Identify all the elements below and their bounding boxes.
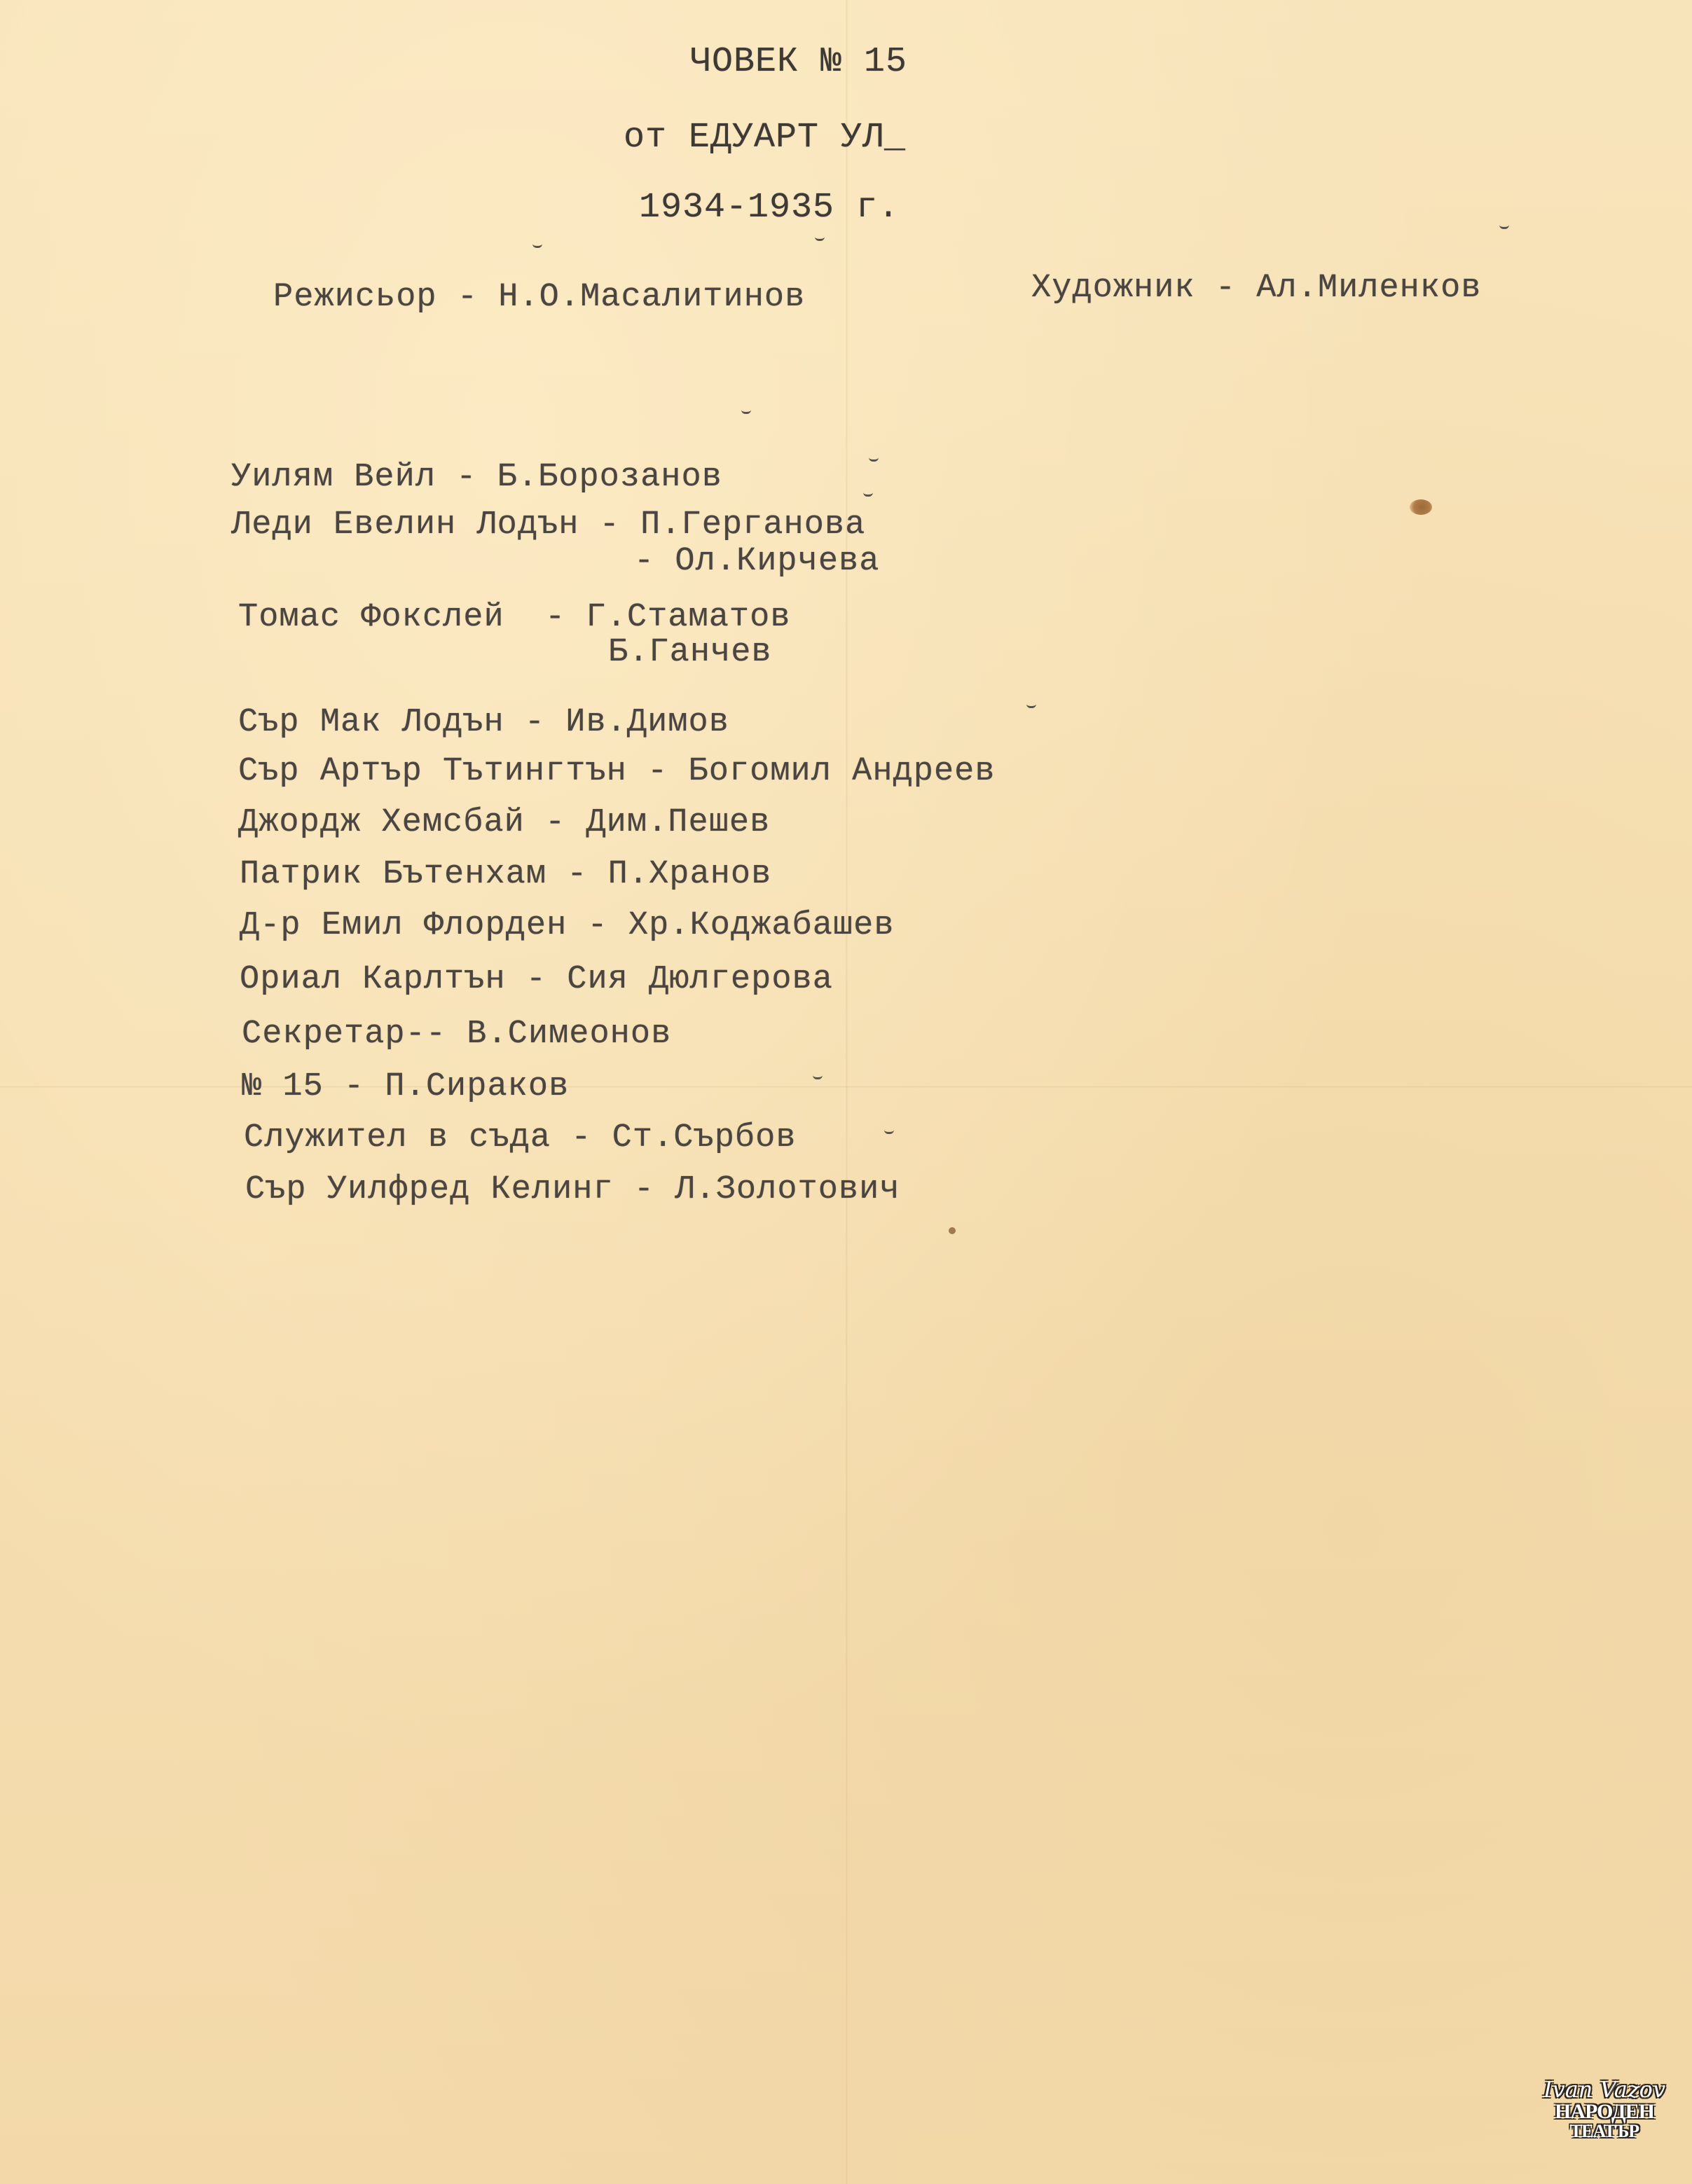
cast-row: Патрик Бътенхам - П.Хранов [240, 856, 771, 893]
typewriter-mark [741, 408, 751, 414]
cast-row: Секретар-- В.Симеонов [242, 1016, 671, 1053]
national-theatre-logo: Ivan Vazov НАРОДЕН ТЕАТЪР [1538, 2077, 1671, 2141]
typewriter-mark [1499, 223, 1509, 229]
cast-row: Служител в съда - Ст.Сърбов [244, 1119, 797, 1156]
logo-signature: Ivan Vazov [1538, 2077, 1671, 2102]
typewriter-mark [869, 455, 879, 462]
director-credit: Режисьор - Н.О.Масалитинов [273, 279, 805, 316]
typewriter-mark [815, 235, 825, 241]
cast-row: Ориал Карлтън - Сия Дюлгерова [240, 961, 833, 998]
cast-row: Сър Артър Тътингтън - Богомил Андреев [238, 753, 996, 790]
play-season: 1934-1935 г. [639, 188, 900, 228]
play-author: от ЕДУАРТ УЛ_ [624, 118, 906, 158]
cast-row: Сър Мак Лодън - Ив.Димов [238, 704, 729, 741]
cast-row: Леди Евелин Лодън - П.Герганова [231, 506, 865, 544]
cast-row: № 15 - П.Сираков [242, 1068, 569, 1105]
cast-row-alternate: - Ол.Кирчева [634, 543, 879, 580]
designer-credit: Художник - Ал.Миленков [1031, 270, 1482, 307]
typewriter-mark [532, 242, 542, 248]
typewriter-mark [863, 490, 873, 497]
cast-row: Джордж Хемсбай - Дим.Пешев [238, 804, 770, 841]
cast-row: Уилям Вейл - Б.Борозанов [231, 459, 722, 496]
logo-line-2: ТЕАТЪР [1538, 2122, 1671, 2141]
cast-row: Сър Уилфред Келинг - Л.Золотович [245, 1171, 900, 1208]
paper-speck [949, 1227, 956, 1234]
cast-row: Д-р Емил Флорден - Хр.Коджабашев [240, 907, 895, 944]
play-title: ЧОВЕК № 15 [690, 42, 907, 82]
typewriter-mark [813, 1073, 823, 1079]
cast-row-alternate: Б.Ганчев [608, 634, 772, 671]
paper-stain [1410, 499, 1432, 515]
typewriter-mark [884, 1128, 894, 1134]
paper-fold-vertical [846, 0, 848, 2184]
logo-line-1: НАРОДЕН [1538, 2102, 1671, 2122]
cast-row: Томас Фокслей - Г.Стаматов [238, 599, 791, 636]
typewriter-mark [1026, 702, 1036, 708]
